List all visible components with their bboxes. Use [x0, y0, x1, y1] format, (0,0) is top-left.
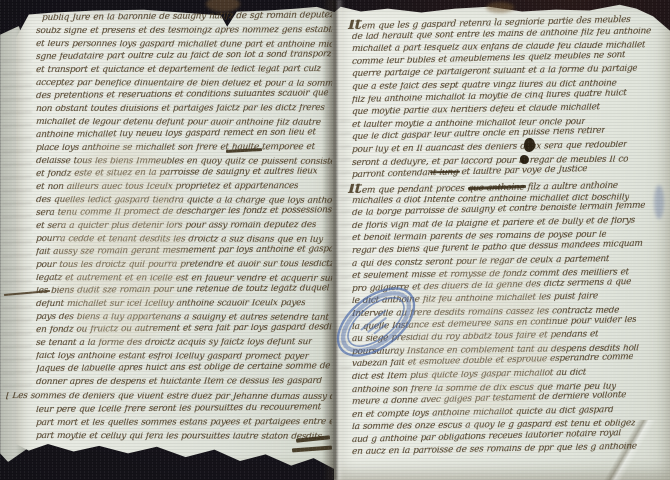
left-manuscript-line: sera tenu comme Il promect de descharger… — [36, 206, 332, 218]
left-manuscript-line: se tenant a la forme des droictz acquis … — [36, 338, 313, 348]
paragraph-initial: It — [348, 14, 362, 32]
paper-stain — [206, 0, 240, 12]
left-manuscript-line: fait aussy sze romain gerant mesmement p… — [36, 245, 333, 257]
left-manuscript-line: et non ailleurs auec tous Iceulx proprie… — [36, 182, 299, 192]
right-manuscript-line: dict est Item plus quicte loys gaspar mi… — [352, 369, 586, 383]
left-manuscript-line: sgne feudataire part oultre culz au faic… — [36, 50, 332, 62]
right-manuscript-line: querre partaige ce partaigeront suiuant … — [352, 65, 638, 79]
handwriting-layer: publiq Jure en la baronnie de sauigny na… — [0, 0, 670, 480]
left-manuscript-line: defunt michallet sur icel Icelluy anthoi… — [36, 299, 306, 309]
left-manuscript-line: part moytie et celluy qui fera les pours… — [36, 432, 322, 442]
left-manuscript-line: [ Les sommes de deniers que viuent estre… — [6, 392, 333, 402]
left-manuscript-line: leur pere que Icelle frere seront les po… — [36, 403, 321, 415]
left-manuscript-line: et fondz este et situez en la parroisse … — [36, 167, 318, 179]
left-manuscript-line: acceptez par benefice dinuentaire de bie… — [36, 79, 333, 89]
left-manuscript-line: et sera a quicter plus detenir lors pour… — [36, 221, 317, 231]
left-manuscript-line: place loys anthoine se michallet son fre… — [36, 143, 315, 153]
right-manuscript-line: en et compte loys anthoine michallot qui… — [352, 406, 614, 420]
stamp-outer-ring — [326, 275, 426, 369]
left-manuscript-line: non obstant toutes diuisions et partaige… — [36, 104, 325, 114]
paper-stain — [654, 185, 664, 219]
ink-blot — [520, 155, 529, 164]
left-manuscript-line: des quelles ledict gaspard tiendra quict… — [36, 196, 333, 206]
right-manuscript-line: a qui des constz seront pour le regar de… — [352, 255, 610, 269]
right-manuscript-line: pour luy et en Il auancast des deniers d… — [352, 141, 627, 155]
left-manuscript-line: delaisse tous les biens Immeubles en quo… — [36, 157, 333, 167]
left-manuscript-line: faict loys anthoine estant esfroi Icellu… — [36, 352, 309, 362]
paper-stain — [486, 2, 514, 13]
left-manuscript-line: soubz signe et presens et des tesmoingz … — [36, 26, 333, 36]
left-manuscript-line: Jaques de labuelle apres huict ans est o… — [36, 362, 331, 374]
left-manuscript-line: pour tous les droictz quil pourra preten… — [36, 260, 333, 270]
left-manuscript-line: en fondz ou fruictz ou autrement et sera… — [36, 323, 333, 335]
left-manuscript-line: et transport et quictance et departement… — [36, 65, 321, 75]
ink-bleedthrough — [2, 60, 32, 390]
manuscript-photo: publiq Jure en la baronnie de sauigny na… — [0, 0, 670, 480]
left-manuscript-line: publiq Jure en la baronnie de sauigny na… — [42, 11, 333, 23]
left-manuscript-line: pays des biens a luy appartenans a sauig… — [36, 313, 329, 323]
left-manuscript-line: michallet de legour detenu defunt pour a… — [36, 118, 321, 128]
left-manuscript-line: part mort et les quelles sommes estans p… — [36, 418, 333, 428]
right-manuscript-line: que moytie partie aux heritiers defeu et… — [352, 103, 600, 117]
left-manuscript-line: anthoine michallet luy neueu loys gaspar… — [36, 128, 316, 140]
left-manuscript-line: les biens dudit sze romain pour une rete… — [36, 284, 330, 296]
correction-strikeout — [292, 446, 332, 453]
archive-stamp-icon — [324, 274, 428, 370]
left-manuscript-line: et leurs personnes loys gaspard michalle… — [36, 40, 333, 50]
left-manuscript-line: des pretentions et reseruations et condi… — [36, 89, 329, 101]
left-manuscript-line: legatz et autrement et en icelle est en … — [36, 274, 333, 284]
right-manuscript-line: de floris vign mat de la plaigne et pari… — [352, 217, 635, 231]
left-manuscript-line: pourra cedde et tenant desdits les droic… — [36, 235, 324, 245]
left-manuscript-line: donner apres de despens et huictante Ite… — [36, 377, 322, 387]
right-manuscript-line: en aucz en la parroisse de ses romains d… — [352, 443, 637, 457]
